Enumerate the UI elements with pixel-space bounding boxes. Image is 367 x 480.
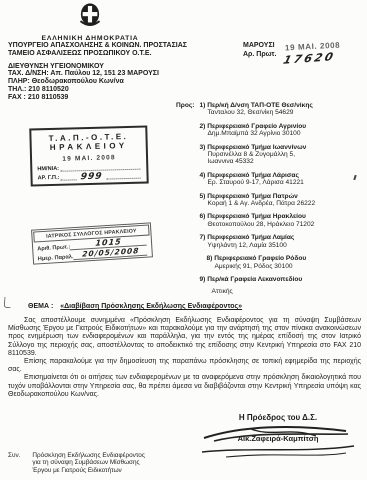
- recipient-item: 4) Περιφερειακό Τμήμα Λάρισας Ερ. Σταυρο…: [200, 172, 316, 187]
- protocol-number-handwritten: 17620: [282, 50, 337, 67]
- subject-text: «Διαβίβαση Πρόσκλησης Εκδήλωσης Ενδιαφέρ…: [60, 303, 242, 310]
- dotted-line: [60, 175, 76, 180]
- sender-contact: ΠΛΗΡ: Θεοδωρακοπούλου Κων/να: [8, 78, 187, 86]
- sender-fund: ΤΑΜΕΙΟ ΑΣΦΑΛΙΣΕΩΣ ΠΡΟΣΩΠΙΚΟΥ Ο.Τ.Ε.: [8, 50, 187, 58]
- body-paragraph-1: Σας αποστέλλουμε συνημμένα «Πρόσκληση Εκ…: [8, 317, 361, 358]
- recipients-block: Προς: 1) Περ/κή Δ/νση ΤΑΠ-ΟΤΕ Θεσ/νίκης …: [176, 102, 364, 302]
- signatory-title: Η Πρόεδρος του Δ.Σ.: [196, 413, 360, 422]
- stamp-protocol-row: ΑΡ. Γ.Π.: 999: [37, 173, 141, 182]
- attachments-label: Συν.: [8, 452, 20, 474]
- stamp-date: 19 ΜΑΙ. 2008: [37, 154, 141, 164]
- letter-body: Σας αποστέλλουμε συνημμένα «Πρόσκληση Εκ…: [8, 317, 361, 399]
- tapote-heraklion-stamp: Τ.Α.Π.-Ο.Τ.Ε. ΗΡΑΚΛΕΙΟΥ 19 ΜΑΙ. 2008 ΗΜ/…: [29, 125, 148, 186]
- recipient-item: 9) Περ/κά Γραφεία Λεκανοπεδίου Αττικής: [200, 276, 316, 296]
- protocol-block: ΜΑΡΟΥΣΙ 19 ΜΑΙ. 2008 Αρ. Πρωτ. 17620: [243, 42, 340, 65]
- recipient-item: 7) Περιφερειακό Τμήμα Λαμίας Υψηλάντη 12…: [200, 234, 316, 249]
- stamp-protocol-handwritten: 999: [80, 174, 103, 181]
- sender-ministry: ΥΠΟΥΡΓΕΙΟ ΑΠΑΣΧΟΛΗΣΗΣ & ΚΟΙΝΩΝ. ΠΡΟΣΤΑΣΙ…: [8, 42, 187, 50]
- body-paragraph-3: Επισημαίνεται ότι οι αιτήσεις των ενδιαφ…: [8, 374, 361, 399]
- protocol-number-label: Αρ. Πρωτ.: [243, 51, 276, 58]
- attachments-note: Συν. Πρόσκληση Εκδήλωσης Ενδιαφέροντος γ…: [8, 452, 145, 474]
- protocol-city: ΜΑΡΟΥΣΙ: [243, 42, 275, 49]
- greek-coat-of-arms-icon: [77, 2, 103, 34]
- recipient-item: 6) Περιφερειακό Τμήμα Ηρακλείου Θεοτοκοπ…: [200, 213, 316, 228]
- pen-margin-mark: [4, 297, 12, 308]
- sender-phone: ΤΗΛ.: 210 8110520: [8, 86, 187, 94]
- stamp-city-line: ΗΡΑΚΛΕΙΟΥ: [37, 141, 141, 153]
- signatory-name: Αικ.Ζαφειρά-Καμπίτση: [196, 434, 360, 443]
- attachments-lines: Πρόσκληση Εκδήλωσης Ενδιαφέροντος για τη…: [32, 452, 144, 474]
- medical-association-stamp: ΙΑΤΡΙΚΟΣ ΣΥΛΛΟΓΟΣ ΗΡΑΚΛΕΙΟΥ Αριθ. Πρωτ.:…: [31, 222, 153, 264]
- letterhead-center: ΕΛΛΗΝΙΚΗ ΔΗΜΟΚΡΑΤΙΑ: [28, 2, 152, 42]
- recipient-item: 1) Περ/κή Δ/νση ΤΑΠ-ΟΤΕ Θεσ/νίκης Τανταλ…: [200, 102, 316, 117]
- subject-label: ΘΕΜΑ :: [28, 303, 53, 310]
- stamp-date-handwritten: 20/05/2008: [73, 247, 148, 261]
- recipient-item: 5) Περιφερειακό Τμήμα Πατρών Κοραή 1 & Α…: [200, 193, 316, 208]
- dotted-line: [106, 174, 140, 180]
- scanned-letter-page: ΕΛΛΗΝΙΚΗ ΔΗΜΟΚΡΑΤΙΑ ΥΠΟΥΡΓΕΙΟ ΑΠΑΣΧΟΛΗΣΗ…: [0, 0, 367, 480]
- sender-fax: FAX : 210 8110539: [8, 94, 187, 102]
- subject-line: ΘΕΜΑ : «Διαβίβαση Πρόσκλησης Εκδήλωσης Ε…: [28, 303, 242, 310]
- to-label: Προς:: [176, 102, 195, 302]
- recipient-item: 8) Περιφερειακό Γραφείο Ρόδου Αμερικής 9…: [200, 255, 316, 270]
- body-paragraph-2: Επίσης παρακαλούμε για την δημοσίευση τη…: [8, 358, 361, 374]
- recipient-item: 2) Περιφερειακό Γραφείο Αγρινίου Δημ.Μπα…: [200, 123, 316, 138]
- signature-block: Η Πρόεδρος του Δ.Σ. Αικ.Ζαφειρά-Καμπίτση: [196, 413, 360, 443]
- recipients-list: 1) Περ/κή Δ/νση ΤΑΠ-ΟΤΕ Θεσ/νίκης Τανταλ…: [200, 102, 316, 302]
- republic-title: ΕΛΛΗΝΙΚΗ ΔΗΜΟΚΡΑΤΙΑ: [28, 35, 152, 42]
- sender-block: ΥΠΟΥΡΓΕΙΟ ΑΠΑΣΧΟΛΗΣΗΣ & ΚΟΙΝΩΝ. ΠΡΟΣΤΑΣΙ…: [8, 42, 187, 102]
- recipient-item: 3) Περιφερειακό Τμήμα Ιωαννίνων Πυρσινέλ…: [200, 144, 316, 166]
